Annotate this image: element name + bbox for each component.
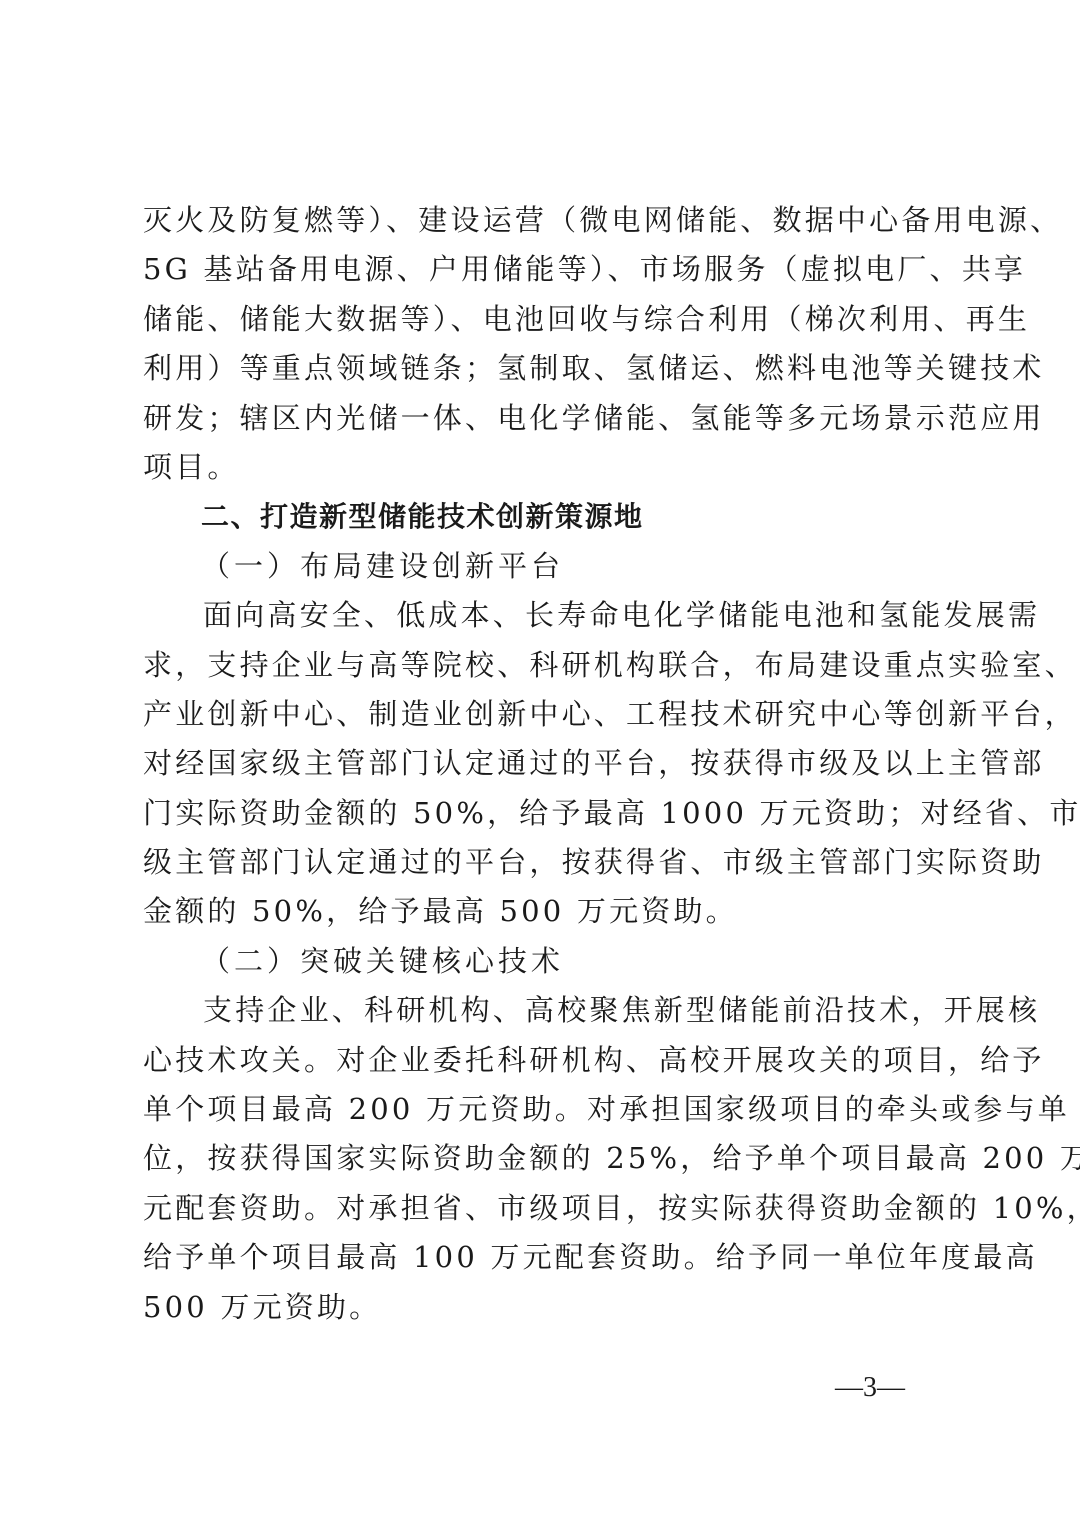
paragraph-line: 项目。 <box>143 443 943 492</box>
paragraph-line: 面向高安全、低成本、长寿命电化学储能电池和氢能发展需 <box>143 591 943 640</box>
paragraph-line: 产业创新中心、制造业创新中心、工程技术研究中心等创新平台， <box>143 690 943 739</box>
paragraph-line: 对经国家级主管部门认定通过的平台，按获得市级及以上主管部 <box>143 739 943 788</box>
paragraph-line: 级主管部门认定通过的平台，按获得省、市级主管部门实际资助 <box>143 838 943 887</box>
paragraph-line: 研发；辖区内光储一体、电化学储能、氢能等多元场景示范应用 <box>143 394 943 443</box>
document-page: 灭火及防复燃等）、建设运营（微电网储能、数据中心备用电源、 5G 基站备用电源、… <box>0 0 1080 1526</box>
paragraph-line: 心技术攻关。对企业委托科研机构、高校开展攻关的项目，给予 <box>143 1036 943 1085</box>
paragraph-line: 金额的 50%，给予最高 500 万元资助。 <box>143 887 943 936</box>
paragraph-line: 求，支持企业与高等院校、科研机构联合，布局建设重点实验室、 <box>143 641 943 690</box>
page-number: —3— <box>835 1372 905 1404</box>
paragraph-line: 利用）等重点领域链条；氢制取、氢储运、燃料电池等关键技术 <box>143 344 943 393</box>
paragraph-line: 门实际资助金额的 50%，给予最高 1000 万元资助；对经省、市 <box>143 789 943 838</box>
paragraph-line: 储能、储能大数据等）、电池回收与综合利用（梯次利用、再生 <box>143 295 943 344</box>
document-body: 灭火及防复燃等）、建设运营（微电网储能、数据中心备用电源、 5G 基站备用电源、… <box>143 196 943 1332</box>
section-heading: 二、打造新型储能技术创新策源地 <box>143 492 943 541</box>
paragraph-line: 给予单个项目最高 100 万元配套资助。给予同一单位年度最高 <box>143 1233 943 1282</box>
paragraph-line: 位，按获得国家实际资助金额的 25%，给予单个项目最高 200 万 <box>143 1134 943 1183</box>
paragraph-line: 5G 基站备用电源、户用储能等）、市场服务（虚拟电厂、共享 <box>143 245 943 294</box>
paragraph-line: 单个项目最高 200 万元资助。对承担国家级项目的牵头或参与单 <box>143 1085 943 1134</box>
subsection-title: （一）布局建设创新平台 <box>143 542 943 591</box>
subsection-title: （二）突破关键核心技术 <box>143 937 943 986</box>
paragraph-line: 灭火及防复燃等）、建设运营（微电网储能、数据中心备用电源、 <box>143 196 943 245</box>
paragraph-line: 500 万元资助。 <box>143 1283 943 1332</box>
paragraph-line: 元配套资助。对承担省、市级项目，按实际获得资助金额的 10%， <box>143 1184 943 1233</box>
paragraph-line: 支持企业、科研机构、高校聚焦新型储能前沿技术，开展核 <box>143 986 943 1035</box>
